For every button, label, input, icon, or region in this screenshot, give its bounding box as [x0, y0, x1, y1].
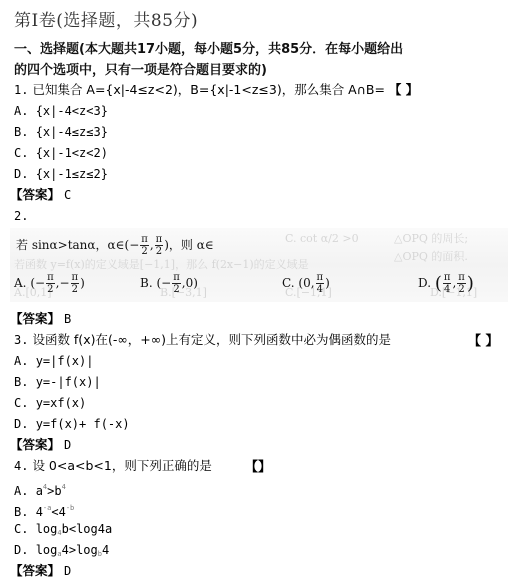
option-label: C. — [282, 276, 295, 290]
section-heading-line1: 一、选择题(本大题共17小题，每小题5分，共85分．在每小题给出 — [14, 39, 504, 60]
option-label: B. — [14, 375, 28, 389]
numerator: π — [46, 272, 55, 284]
ghost-text: 若函数 y=f(x)的定义域是[−1,1]，那么 f(2x−1)的定义域是 — [14, 256, 309, 272]
option-label: B. — [14, 125, 28, 139]
option-part: a — [36, 484, 43, 498]
document-title: 第Ⅰ卷(选择题，共85分) — [14, 6, 198, 31]
numerator: π — [155, 234, 164, 246]
option-label: A. — [14, 484, 28, 498]
denominator: 4 — [316, 284, 325, 295]
option-label: A. — [14, 104, 28, 118]
denominator: 2 — [172, 284, 181, 295]
option-c: C. y=xf(x) — [14, 393, 86, 413]
option-label: D. — [14, 167, 28, 181]
option-label: B. — [14, 505, 28, 519]
option-part: 4 — [102, 543, 109, 557]
option-label: D. — [14, 417, 28, 431]
answer-label: 【答案】 — [10, 563, 60, 578]
fraction: π2 — [172, 272, 181, 295]
answer-bracket: 【 】 — [468, 330, 499, 349]
question-number: 4. — [14, 459, 28, 473]
option-d: D. (π4,π2) — [418, 272, 474, 295]
operator: > — [69, 543, 76, 557]
fraction: π2 — [71, 272, 80, 295]
option-part: ) — [80, 276, 85, 290]
option-label: A. — [14, 276, 26, 290]
option-part: ,0) — [182, 276, 198, 290]
answer-label: 【答案】 — [10, 187, 60, 202]
denominator: 2 — [457, 284, 466, 295]
question-2-stem: 若 sinα>tanα，α∈(−π2,π2)，则 α∈ — [16, 234, 214, 257]
operator: < — [51, 505, 58, 519]
option-part: 4 — [62, 543, 69, 557]
option-part: 4 — [36, 505, 43, 519]
option-text: {x|-1≤z≤2} — [36, 167, 108, 181]
question-number: 1. — [14, 83, 28, 97]
numerator: π — [457, 272, 466, 284]
question-3-stem-line: 3. 设函数 f(x)在(-∞，+∞)上有定义，则下列函数中必为偶函数的是 — [14, 330, 391, 350]
option-label: D. — [14, 543, 28, 557]
answer-bracket: 【 】 — [389, 82, 418, 97]
answer-line: 【答案】 D — [10, 435, 71, 455]
option-a: A. {x|-4<z<3} — [14, 101, 108, 121]
option-part: ( — [435, 273, 442, 294]
option-part: log — [36, 543, 58, 557]
fraction: π2 — [140, 234, 149, 257]
option-d: D. y=f(x)+ f(-x) — [14, 414, 130, 434]
option-text: {x|-4<z<3} — [36, 104, 108, 118]
section-heading-line2: 的四个选项中，只有一项是符合题目要求的) — [14, 60, 504, 81]
denominator: 4 — [443, 284, 452, 295]
ghost-text: C. cot α/2 >0 — [285, 232, 359, 245]
option-part: b — [54, 484, 61, 498]
denominator: 2 — [140, 246, 149, 257]
answer-line: 【答案】 C — [10, 185, 71, 205]
answer-value: D — [64, 438, 71, 452]
option-text: y=-|f(x)| — [36, 375, 101, 389]
answer-line: 【答案】 B — [10, 309, 71, 329]
option-label: B. — [140, 276, 153, 290]
option-a: A. y=|f(x)| — [14, 351, 93, 371]
option-part: ) — [325, 276, 330, 290]
option-part: b — [62, 522, 69, 536]
question-4-stem-line: 4. 设 0<a<b<1，则下列正确的是 — [14, 456, 212, 476]
option-label: A. — [14, 354, 28, 368]
option-b: B. {x|-4≤z≤3} — [14, 122, 108, 142]
denominator: 2 — [71, 284, 80, 295]
option-text: y=xf(x) — [36, 396, 87, 410]
ghost-text: △OPQ 的周长; — [394, 230, 468, 246]
option-part: log4a — [76, 522, 112, 536]
option-label: C. — [14, 146, 28, 160]
option-part: (− — [30, 276, 45, 290]
option-part: log — [36, 522, 58, 536]
question-number: 3. — [14, 333, 28, 347]
fraction: π2 — [46, 272, 55, 295]
option-part: , — [452, 276, 456, 290]
denominator: 2 — [46, 284, 55, 295]
ghost-text: △OPQ 的面积. — [394, 248, 468, 264]
option-part: ) — [467, 273, 474, 294]
fraction: π2 — [457, 272, 466, 295]
numerator: π — [71, 272, 80, 284]
option-text: {x|-4≤z≤3} — [36, 125, 108, 139]
numerator: π — [172, 272, 181, 284]
denominator: 2 — [155, 246, 164, 257]
option-part: 4 — [59, 505, 66, 519]
option-text: y=f(x)+ f(-x) — [36, 417, 130, 431]
stem-prefix: 若 sinα>tanα，α∈( — [16, 238, 129, 252]
fraction: π2 — [155, 234, 164, 257]
option-part: ,− — [56, 276, 70, 290]
exponent: 4 — [62, 483, 66, 491]
option-c: C. (0,π4) — [282, 272, 330, 295]
option-d: D. {x|-1≤z≤2} — [14, 164, 108, 184]
numerator: π — [443, 272, 452, 284]
stem-suffix: )，则 α∈ — [164, 238, 213, 252]
option-b: B. y=-|f(x)| — [14, 372, 101, 392]
option-label: C. — [14, 522, 28, 536]
operator: < — [69, 522, 76, 536]
option-text: y=|f(x)| — [36, 354, 94, 368]
numerator: π — [140, 234, 149, 246]
answer-value: C — [64, 188, 71, 202]
numerator: π — [316, 272, 325, 284]
option-c: C. {x|-1<z<2) — [14, 143, 108, 163]
question-1-stem-line: 1. 已知集合 A={x|-4≤z<2)，B={x|-1<z≤3)，那么集合 A… — [14, 80, 418, 100]
answer-label: 【答案】 — [10, 311, 60, 326]
option-label: C. — [14, 396, 28, 410]
section-heading: 一、选择题(本大题共17小题，每小题5分，共85分．在每小题给出 的四个选项中，… — [14, 39, 504, 81]
option-part: (− — [156, 276, 171, 290]
fraction: π4 — [443, 272, 452, 295]
question-stem: 设函数 f(x)在(-∞，+∞)上有定义，则下列函数中必为偶函数的是 — [32, 332, 391, 347]
answer-value: D — [64, 564, 71, 578]
minus-sign: − — [129, 238, 139, 252]
option-a: A. (−π2,−π2) — [14, 272, 85, 295]
option-text: {x|-1<z<2) — [36, 146, 108, 160]
option-part: (0, — [298, 276, 314, 290]
question-2-scanned-image: C. cot α/2 >0 △OPQ 的周长; △OPQ 的面积. 若函数 y=… — [10, 228, 508, 302]
answer-bracket: 【】 — [245, 456, 271, 475]
exponent: -b — [66, 504, 74, 512]
option-part: log — [76, 543, 98, 557]
answer-label: 【答案】 — [10, 437, 60, 452]
question-stem: 设 0<a<b<1，则下列正确的是 — [32, 458, 211, 473]
option-label: D. — [418, 276, 431, 290]
question-number: 2. — [14, 206, 28, 226]
option-b: B. (−π2,0) — [140, 272, 198, 295]
question-stem: 已知集合 A={x|-4≤z<2)，B={x|-1<z≤3)，那么集合 A∩B= — [32, 82, 385, 97]
answer-line: 【答案】 D — [10, 561, 71, 581]
fraction: π4 — [316, 272, 325, 295]
answer-value: B — [64, 312, 71, 326]
